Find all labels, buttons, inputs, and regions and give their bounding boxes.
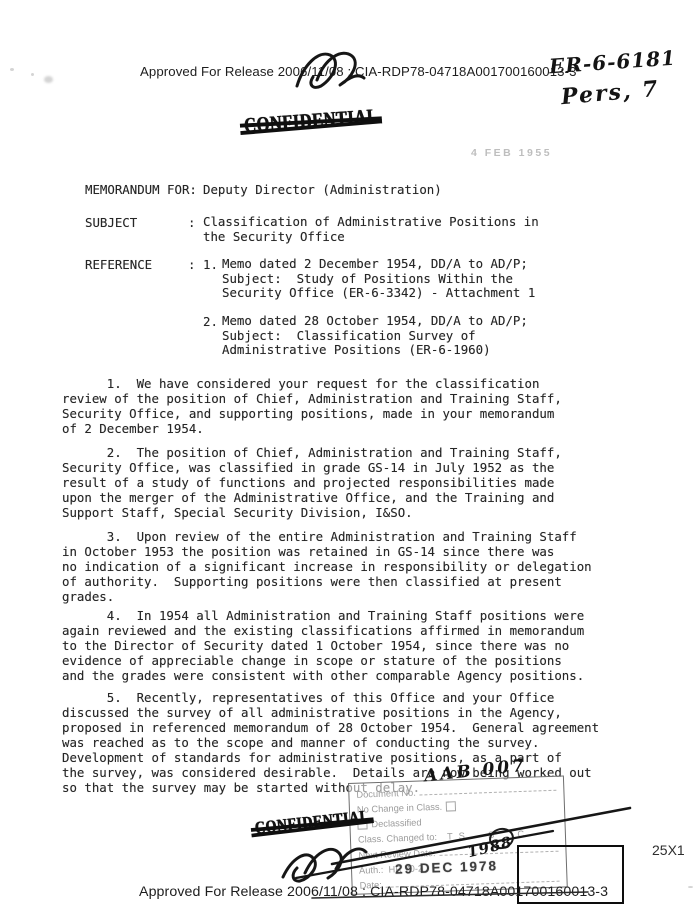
scan-speck [688,886,693,888]
subject-value: Classification of Administrative Positio… [203,215,539,244]
class-changed-label: Class. Changed to: [358,832,437,845]
margin-code-25x1: 25X1 [652,842,685,858]
reference-colon: : [188,257,195,272]
reference-1-number: 1. [203,257,218,272]
declassified-label: Declassified [371,818,421,830]
no-change-label: No Change in Class. [357,802,443,815]
reference-2-number: 2. [203,314,218,329]
signature-scribble-bottom-icon [283,855,315,881]
scan-speck [31,73,34,76]
memo-paragraph-2: 2. The position of Chief, Administration… [62,445,562,520]
confidential-stamp-top: CONFIDENTIAL [243,104,379,139]
reference-label: REFERENCE [85,257,152,272]
reference-2-text: Memo dated 28 October 1954, DD/A to AD/P… [222,314,528,358]
memorandum-for-label: MEMORANDUM FOR: [85,182,197,197]
memo-paragraph-3: 3. Upon review of the entire Administrat… [62,529,592,604]
scan-speck [10,68,14,71]
document-page: Approved For Release 2006/11/08 : CIA-RD… [0,0,700,906]
handwritten-pers-note: Pers, 7 [560,76,660,110]
document-no-label: Document No. [356,788,416,800]
date-received-stamp: 4 FEB 1955 [471,147,552,159]
memorandum-for-value: Deputy Director (Administration) [203,182,442,197]
footer-release-line: Approved For Release 2006/11/08 : CIA-RD… [139,884,608,900]
checkbox-icon [446,801,456,811]
subject-colon: : [188,215,195,230]
fill-in-line [420,789,557,796]
scan-speck [44,76,53,83]
subject-label: SUBJECT [85,215,137,230]
memo-paragraph-1: 1. We have considered your request for t… [62,376,562,436]
handwritten-er-number: ER-6-6181 [548,46,676,79]
memo-paragraph-4: 4. In 1954 all Administration and Traini… [62,608,584,683]
header-release-line: Approved For Release 2006/11/08 : CIA-RD… [140,64,577,79]
next-review-label: Next Review Date: [358,848,435,861]
reference-1-text: Memo dated 2 December 1954, DD/A to AD/P… [222,257,535,301]
